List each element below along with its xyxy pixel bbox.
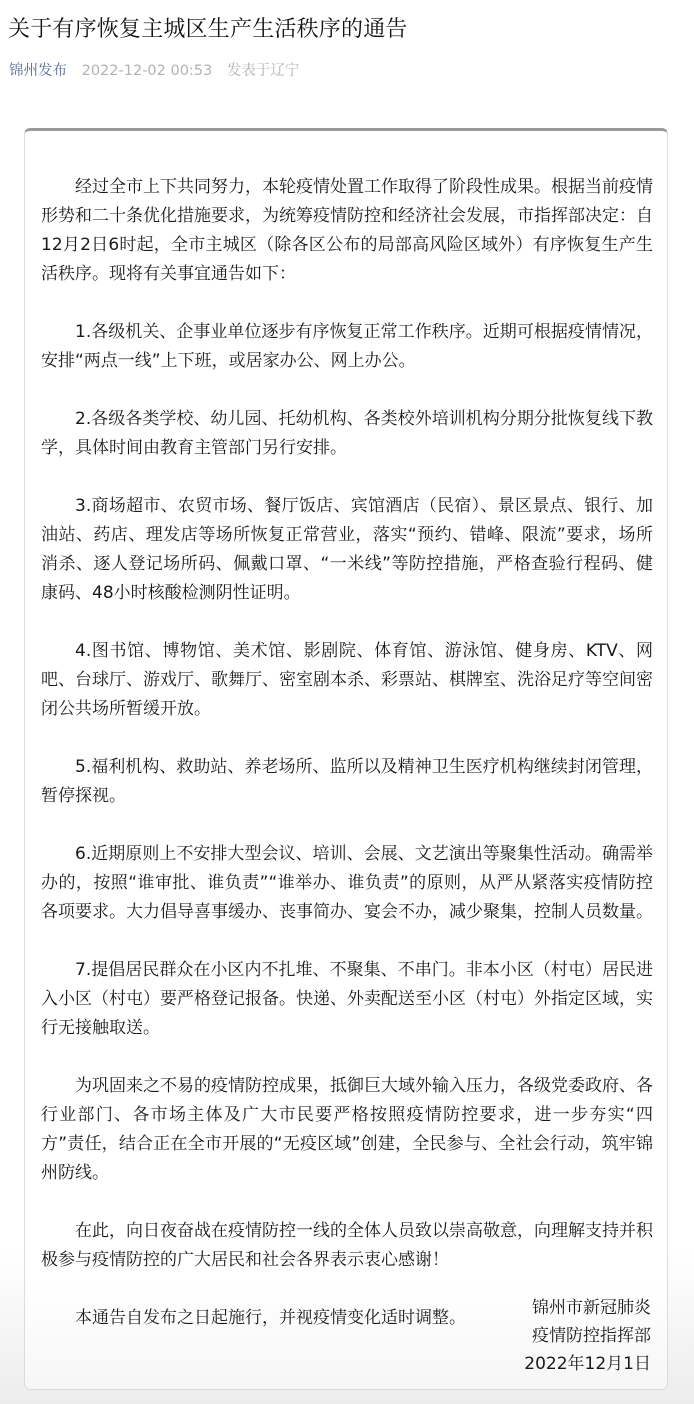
notice-item-2: 2.各级各类学校、幼儿园、托幼机构、各类校外培训机构分期分批恢复线下教学，具体时… — [41, 405, 653, 463]
author-link[interactable]: 锦州发布 — [9, 63, 67, 79]
article-meta: 锦州发布 2022-12-02 00:53 发表于辽宁 — [9, 60, 299, 82]
notice-item-3: 3.商场超市、农贸市场、餐厅饭店、宾馆酒店（民宿）、景区景点、银行、加油站、药店… — [41, 492, 653, 608]
notice-body: 经过全市上下共同努力，本轮疫情处置工作取得了阶段性成果。根据当前疫情形势和二十条… — [41, 173, 653, 1333]
notice-item-7: 7.提倡居民群众在小区内不扎堆、不聚集、不串门。非本小区（村屯）居民进入小区（村… — [41, 956, 653, 1043]
notice-item-5: 5.福利机构、救助站、养老场所、监所以及精神卫生医疗机构继续封闭管理，暂停探视。 — [41, 753, 653, 811]
article-title: 关于有序恢复主城区生产生活秩序的通告 — [8, 14, 408, 46]
notice-item-6: 6.近期原则上不安排大型会议、培训、会展、文艺演出等聚集性活动。确需举办的，按照… — [41, 840, 653, 927]
signature-org-line-2: 疫情防控指挥部 — [524, 1322, 651, 1350]
notice-item-4: 4.图书馆、博物馆、美术馆、影剧院、体育馆、游泳馆、健身房、KTV、网吧、台球厅… — [41, 637, 653, 724]
closing-paragraph-1: 为巩固来之不易的疫情防控成果，抵御巨大域外输入压力，各级党委政府、各行业部门、各… — [41, 1072, 653, 1188]
publish-location: 发表于辽宁 — [227, 63, 300, 79]
notice-item-1: 1.各级机关、企事业单位逐步有序恢复正常工作秩序。近期可根据疫情情况，安排“两点… — [41, 318, 653, 376]
notice-intro: 经过全市上下共同努力，本轮疫情处置工作取得了阶段性成果。根据当前疫情形势和二十条… — [41, 173, 653, 289]
signature-block: 锦州市新冠肺炎 疫情防控指挥部 2022年12月1日 — [524, 1294, 651, 1378]
signature-org-line-1: 锦州市新冠肺炎 — [524, 1294, 651, 1322]
closing-paragraph-2: 在此，向日夜奋战在疫情防控一线的全体人员致以崇高敬意，向理解支持并积极参与疫情防… — [41, 1217, 653, 1275]
publish-time: 2022-12-02 00:53 — [82, 63, 213, 79]
signature-date: 2022年12月1日 — [524, 1350, 651, 1378]
notice-card: 经过全市上下共同努力，本轮疫情处置工作取得了阶段性成果。根据当前疫情形势和二十条… — [24, 128, 668, 1390]
